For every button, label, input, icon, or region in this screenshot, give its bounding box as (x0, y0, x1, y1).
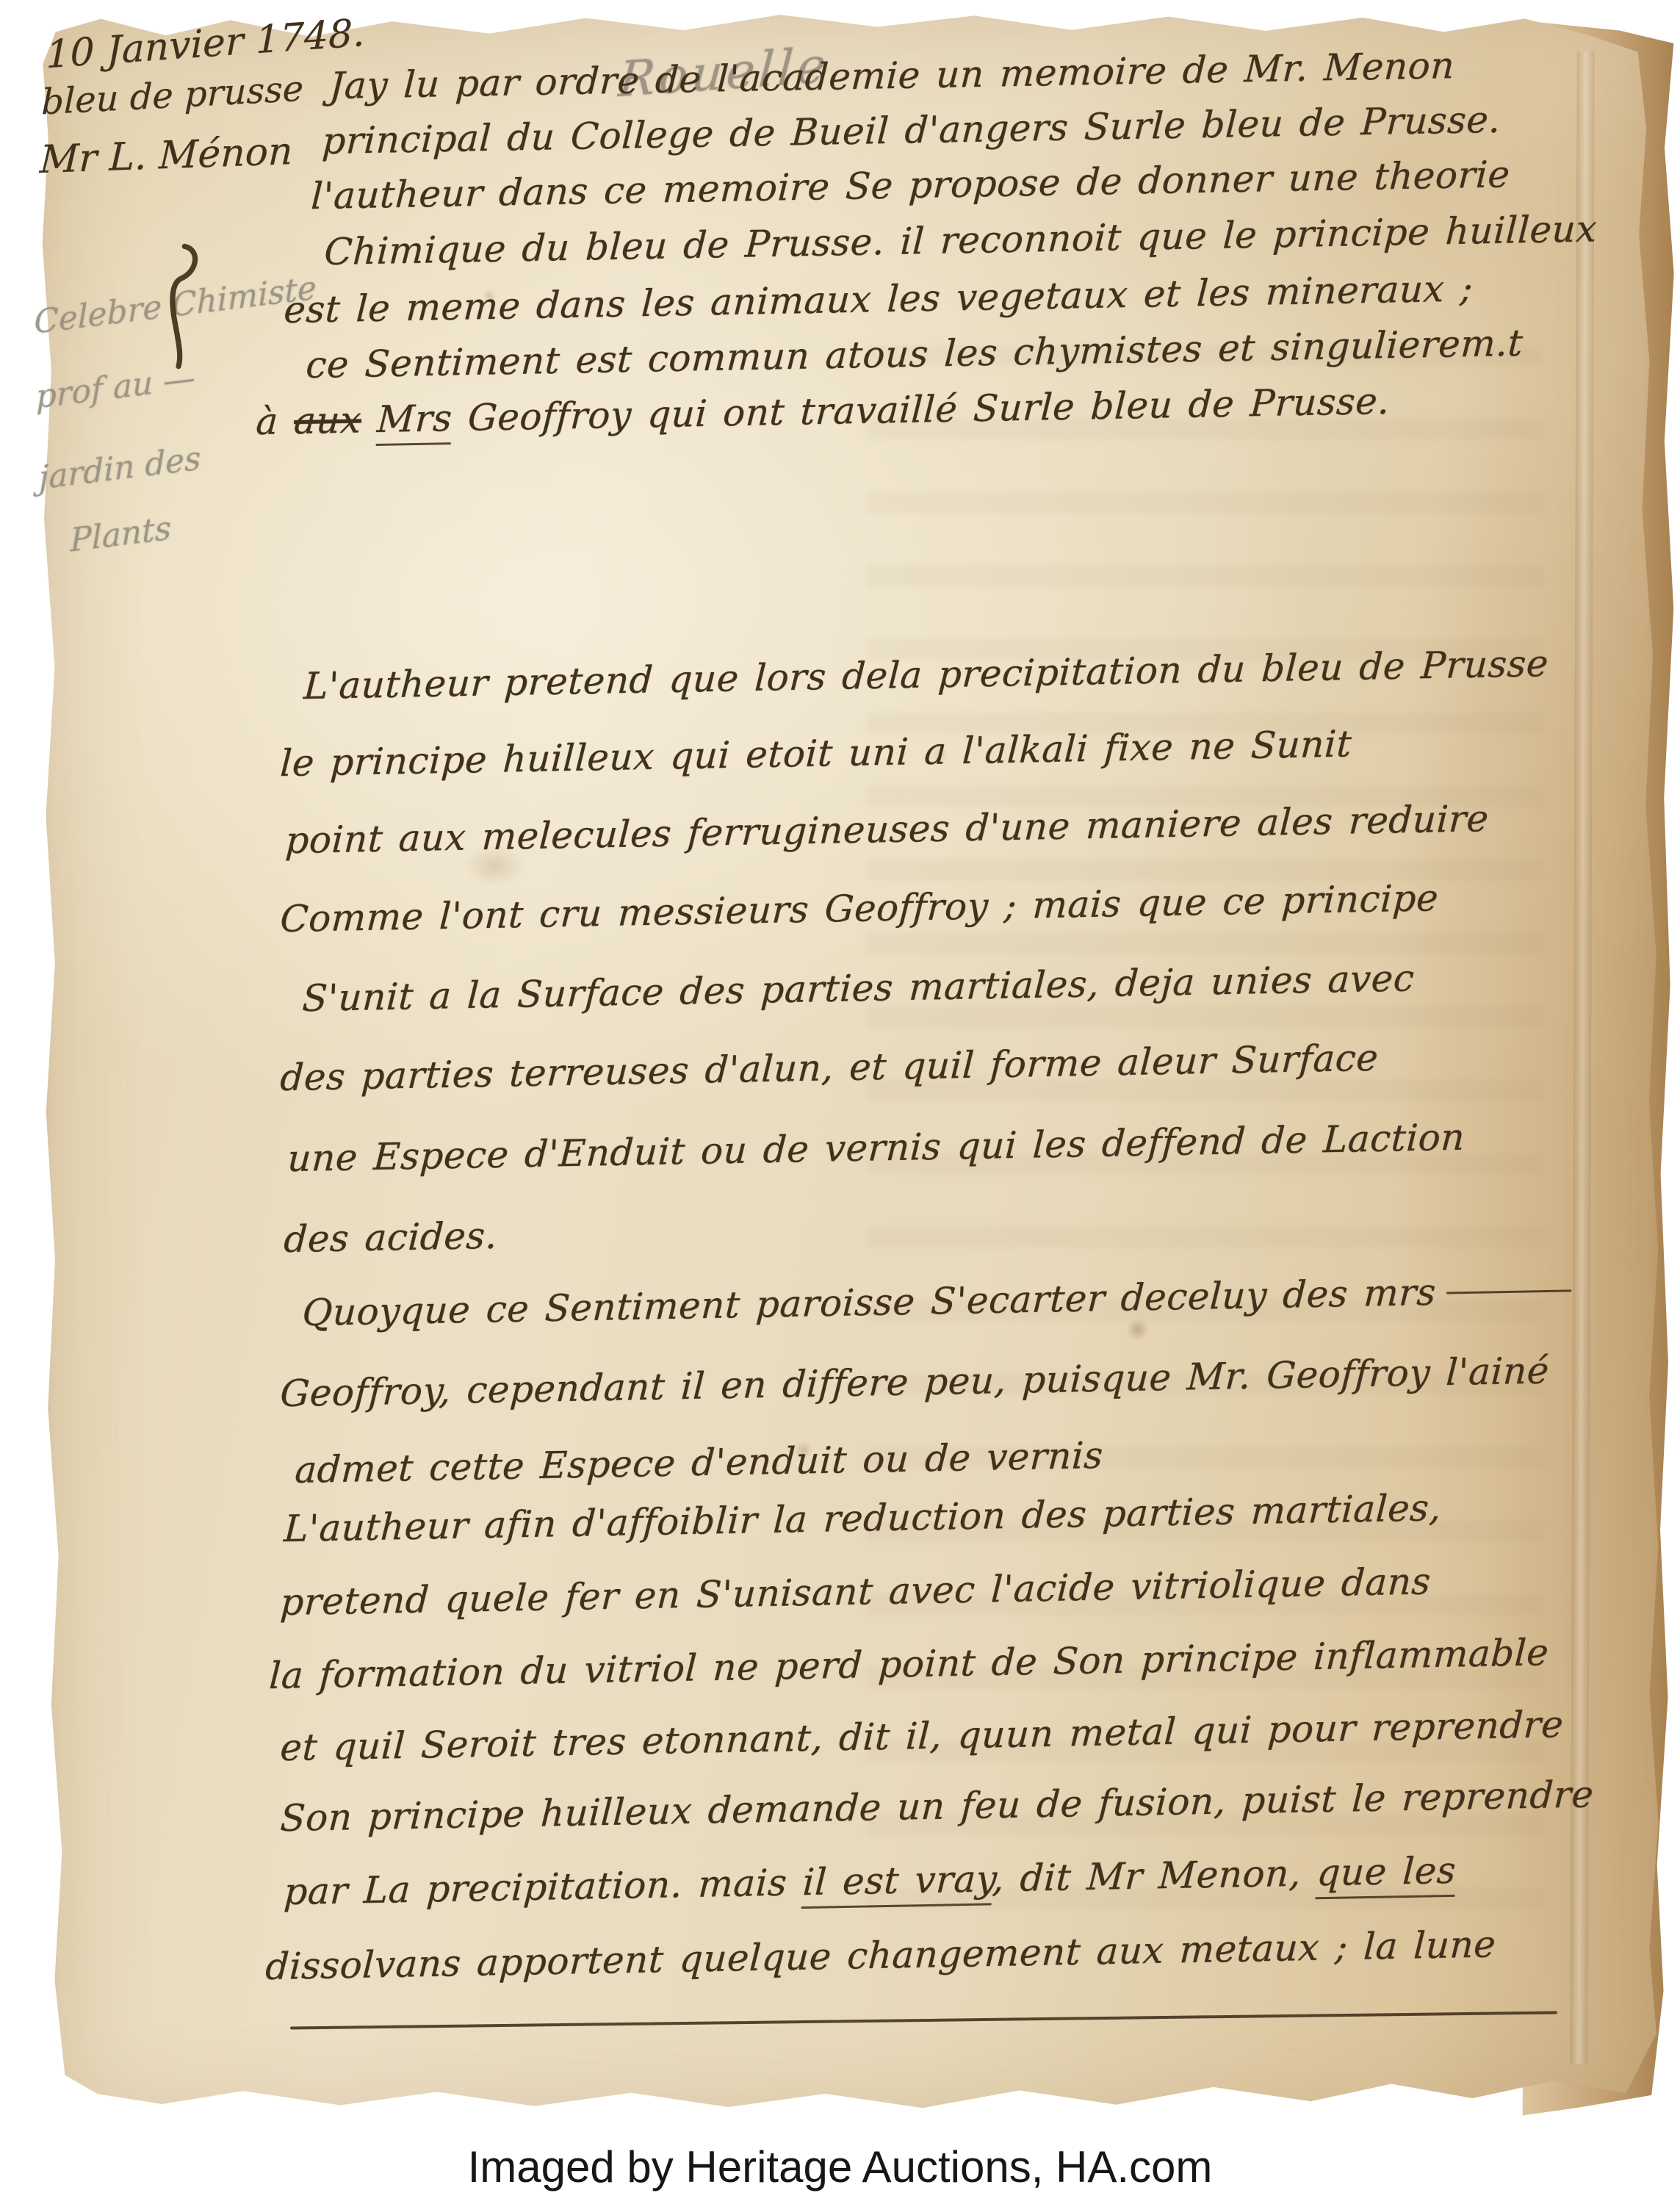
struck-word: aux (293, 398, 363, 442)
footer-credit: Imaged by Heritage Auctions, HA.com (0, 2129, 1680, 2204)
line-text: , dit Mr Menon, (991, 1851, 1318, 1900)
flourish-dash (1446, 1289, 1571, 1294)
line-text: à (255, 400, 295, 443)
underlined-word: Mrs (375, 397, 453, 446)
ink-bracket-mark (156, 241, 201, 372)
author-note: Mr L. Ménon (39, 129, 293, 182)
underlined-phrase: que les (1316, 1849, 1457, 1900)
underlined-phrase: il est vray (801, 1857, 993, 1909)
auction-photo: { "document_type": "handwritten manuscri… (0, 0, 1680, 2204)
manuscript-line: des acides. (283, 1214, 499, 1261)
